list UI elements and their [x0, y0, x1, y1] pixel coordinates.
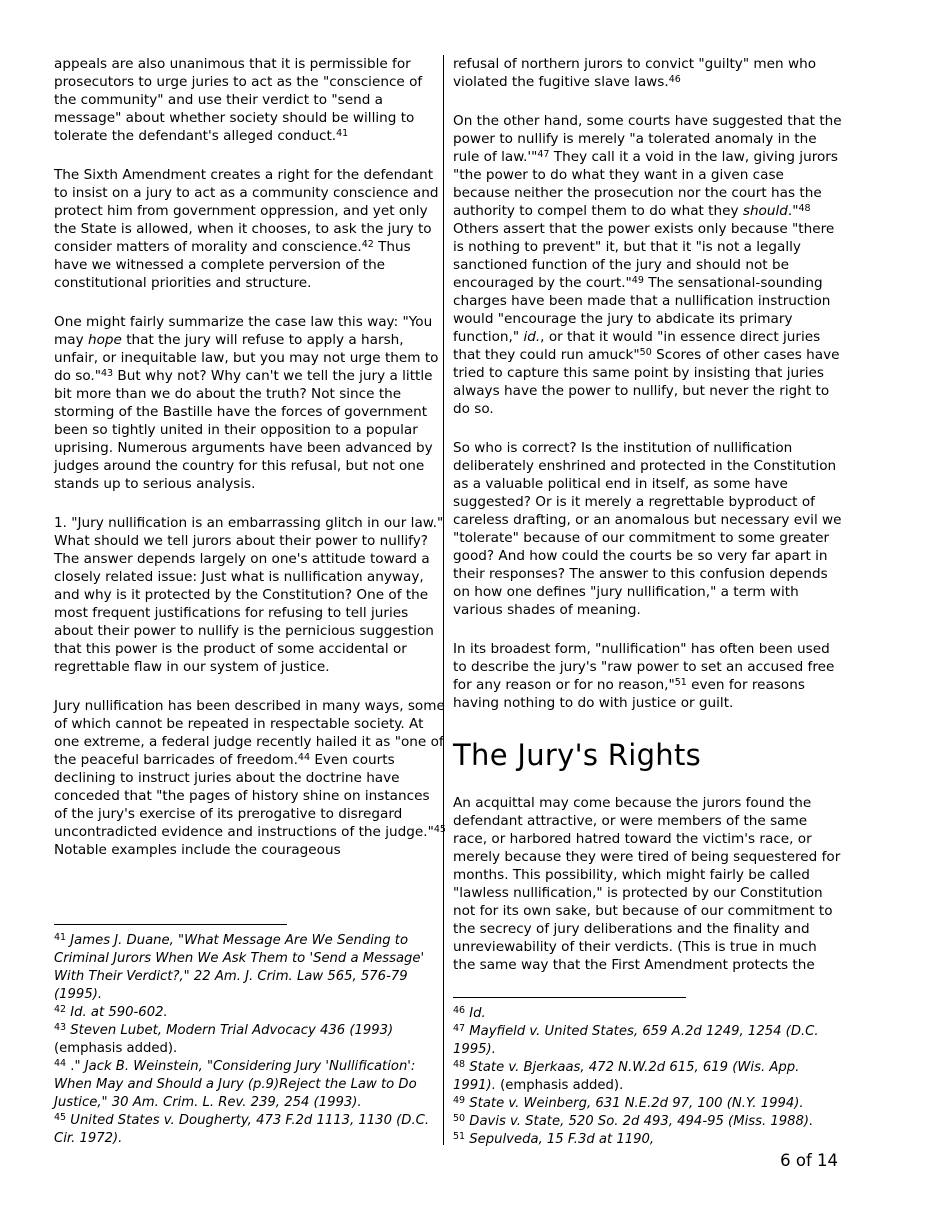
footnote: 42 Id. at 590-602. [54, 1004, 446, 1022]
section-heading: The Jury's Rights [453, 737, 843, 773]
right-column-text: refusal of northern jurors to convict "g… [453, 55, 843, 995]
text-run: James J. Duane, "What Message Are We Sen… [54, 933, 424, 1002]
footnote-ref: 45 [434, 824, 446, 835]
text-run: Sepulveda, 15 F.3d at 1190, [465, 1132, 654, 1147]
text-run: appeals are also unanimous that it is pe… [54, 56, 422, 144]
document-page: appeals are also unanimous that it is pe… [0, 0, 950, 1230]
text-run: ." [66, 1059, 85, 1074]
footnote-ref: 49 [453, 1095, 465, 1106]
footnote-ref: 44 [54, 1058, 66, 1069]
text-run: United States v. Dougherty, 473 F.2d 111… [54, 1113, 429, 1146]
paragraph: refusal of northern jurors to convict "g… [453, 55, 843, 91]
footnote: 48 State v. Bjerkaas, 472 N.W.2d 615, 61… [453, 1059, 843, 1095]
footnote: 44 ." Jack B. Weinstein, "Considering Ju… [54, 1058, 446, 1112]
text-run: Id. at 590-602. [66, 1005, 168, 1020]
footnote-separator-rule [453, 997, 686, 998]
text-run: Notable examples include the courageous [54, 842, 341, 858]
text-run: 1. "Jury nullification is an embarrassin… [54, 515, 443, 675]
paragraph: In its broadest form, "nullification" ha… [453, 640, 843, 712]
text-run: (emphasis added). [54, 1041, 177, 1056]
text-run: Steven Lubet, Modern Trial Advocacy 436 … [66, 1023, 393, 1038]
footnote-ref: 49 [632, 275, 644, 286]
footnote: 51 Sepulveda, 15 F.3d at 1190, [453, 1131, 843, 1149]
footnote-ref: 48 [798, 203, 810, 214]
footnote-ref: 42 [362, 239, 374, 250]
right-column-lower-paragraphs: An acquittal may come because the jurors… [453, 794, 843, 974]
footnote-ref: 41 [54, 932, 66, 943]
text-run: An acquittal may come because the jurors… [453, 795, 840, 973]
text-run: So who is correct? Is the institution of… [453, 440, 842, 618]
footnote-ref: 43 [101, 368, 113, 379]
text-run: refusal of northern jurors to convict "g… [453, 56, 816, 90]
footnote-ref: 45 [54, 1112, 66, 1123]
footnote: 46 Id. [453, 1005, 843, 1023]
footnote-ref: 50 [453, 1113, 465, 1124]
footnote: 45 United States v. Dougherty, 473 F.2d … [54, 1112, 446, 1148]
footnote-ref: 51 [453, 1131, 465, 1142]
footnote-ref: 47 [453, 1023, 465, 1034]
text-run: Jack B. Weinstein, "Considering Jury 'Nu… [54, 1059, 417, 1110]
footnote-separator-rule [54, 924, 287, 925]
paragraph: An acquittal may come because the jurors… [453, 794, 843, 974]
text-run: hope [88, 332, 122, 348]
footnote: 43 Steven Lubet, Modern Trial Advocacy 4… [54, 1022, 446, 1058]
page-number: 6 of 14 [698, 1150, 838, 1172]
text-run: Mayfield v. United States, 659 A.2d 1249… [453, 1024, 819, 1057]
right-footnotes-list: 46 Id.47 Mayfield v. United States, 659 … [453, 1005, 843, 1149]
paragraph: The Sixth Amendment creates a right for … [54, 166, 446, 292]
footnote-ref: 51 [675, 677, 687, 688]
text-run: Id. [465, 1006, 486, 1021]
footnote: 50 Davis v. State, 520 So. 2d 493, 494-9… [453, 1113, 843, 1131]
text-run: State v. Weinberg, 631 N.E.2d 97, 100 (N… [465, 1096, 804, 1111]
footnote-ref: 43 [54, 1022, 66, 1033]
footnote: 47 Mayfield v. United States, 659 A.2d 1… [453, 1023, 843, 1059]
footnote-ref: 47 [537, 149, 549, 160]
text-run: (emphasis added). [496, 1078, 623, 1093]
footnote-ref: 50 [640, 347, 652, 358]
left-footnotes-list: 41 James J. Duane, "What Message Are We … [54, 932, 446, 1148]
paragraph: One might fairly summarize the case law … [54, 313, 446, 493]
text-run: But why not? Why can't we tell the jury … [54, 368, 433, 492]
footnote-ref: 42 [54, 1004, 66, 1015]
text-run: ." [788, 203, 799, 219]
text-run: Davis v. State, 520 So. 2d 493, 494-95 (… [465, 1114, 813, 1129]
paragraph: So who is correct? Is the institution of… [453, 439, 843, 619]
text-run: id. [523, 329, 540, 345]
left-footnotes-block: 41 James J. Duane, "What Message Are We … [54, 924, 446, 1148]
paragraph: Jury nullification has been described in… [54, 697, 446, 859]
paragraph: appeals are also unanimous that it is pe… [54, 55, 446, 145]
text-run: should [743, 203, 788, 219]
footnote-ref: 48 [453, 1059, 465, 1070]
footnote-ref: 46 [669, 74, 681, 85]
footnote-ref: 41 [336, 128, 348, 139]
footnote-ref: 44 [298, 752, 310, 763]
right-footnotes-block: 46 Id.47 Mayfield v. United States, 659 … [453, 997, 843, 1149]
paragraph: On the other hand, some courts have sugg… [453, 112, 843, 418]
footnote: 49 State v. Weinberg, 631 N.E.2d 97, 100… [453, 1095, 843, 1113]
footnote: 41 James J. Duane, "What Message Are We … [54, 932, 446, 1004]
right-column-upper-paragraphs: refusal of northern jurors to convict "g… [453, 55, 843, 712]
paragraph: 1. "Jury nullification is an embarrassin… [54, 514, 446, 676]
footnote-ref: 46 [453, 1005, 465, 1016]
left-column-text: appeals are also unanimous that it is pe… [54, 55, 446, 880]
